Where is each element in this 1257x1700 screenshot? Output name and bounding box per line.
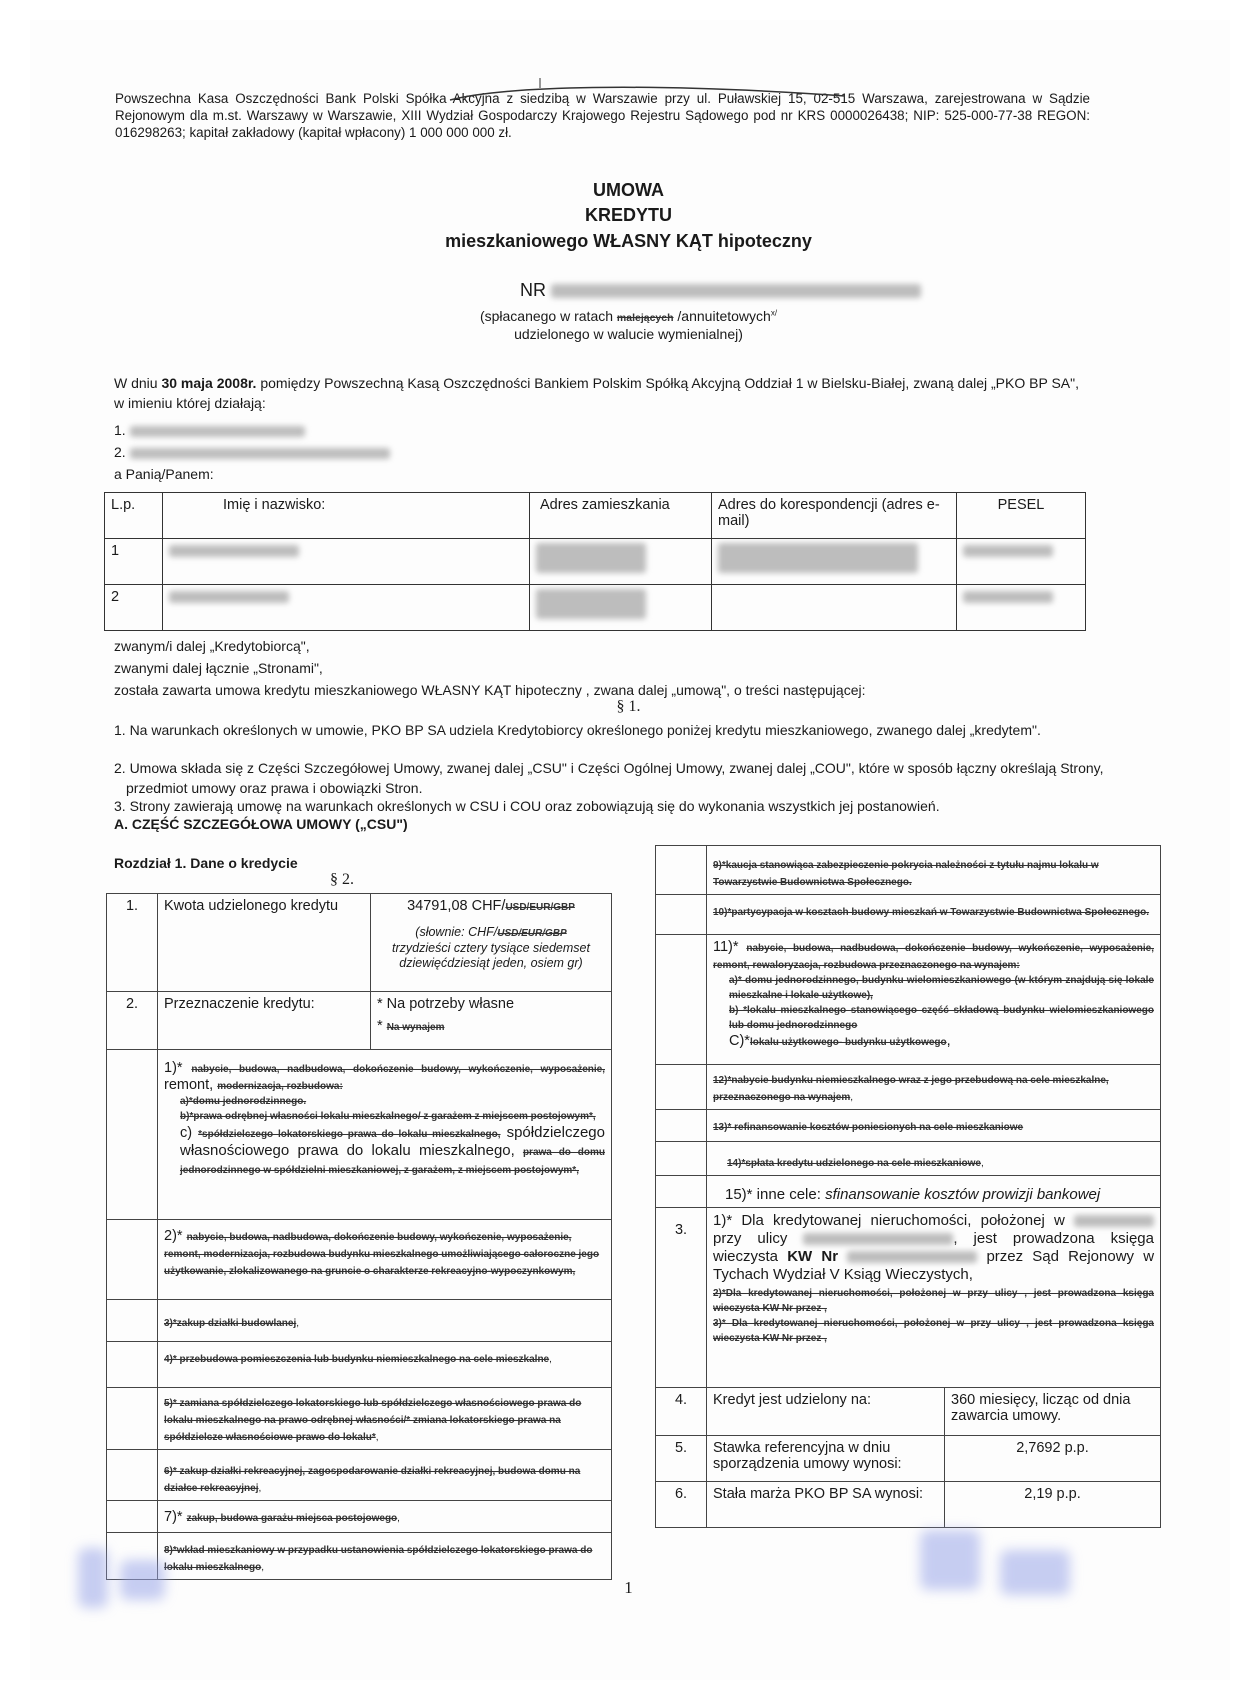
purpose-item-15: 15)* inne cele: sfinansowanie kosztów pr… [656,1176,1161,1208]
chapter-heading: Rozdział 1. Dane o kredycie [114,853,298,873]
doc-title-line2: KREDYTU [0,205,1257,226]
redacted-pesel [963,591,1053,603]
doc-title-line1: UMOWA [0,180,1257,201]
credit-amount-value: 34791,08 CHF/USD/EUR/GBP [377,898,605,915]
intro-paragraph: W dniu 30 maja 2008r. pomiędzy Powszechn… [114,373,1084,413]
table-header-row: L.p. Imię i nazwisko: Adres zamieszkania… [105,493,1086,539]
redacted-name [130,448,390,459]
other-purpose-value: sfinansowanie kosztów prowizji bankowej [825,1186,1100,1203]
handwritten-strike-mark [445,78,865,108]
page-number: 1 [0,1578,1257,1598]
purpose-item-6: 6)* zakup działki rekreacyjnej, zagospod… [107,1450,612,1501]
borrower-definition: zwanym/i dalej „Kredytobiorcą", [114,636,310,656]
redacted-number [551,284,921,298]
redacted-pesel [963,545,1053,557]
redacted-address [718,543,918,573]
credit-amount-words: (słownie: CHF/USD/EUR/GBP trzydzieści cz… [377,925,605,971]
repayment-type: (spłacanego w ratach malejących /annuite… [0,308,1257,324]
parties-definition: zwanymi dalej łącznie „Stronami", [114,658,323,678]
credit-details-table-left: 1. Kwota udzielonego kredytu 34791,08 CH… [106,893,612,1580]
doc-title-line3: mieszkaniowego WŁASNY KĄT hipoteczny [0,231,1257,252]
redacted-address [536,543,646,573]
reference-rate-row: 5. Stawka referencyjna w dniu sporządzen… [656,1436,1161,1482]
borrower-intro: a Panią/Panem: [114,464,214,484]
purpose-item-9: 9)*kaucja stanowiąca zabezpieczenie pokr… [656,846,1161,895]
nr-label: NR [520,280,546,300]
table-row: 1 [105,539,1086,585]
redacted-name [130,426,305,437]
margin-row: 6. Stała marża PKO BP SA wynosi: 2,19 p.… [656,1482,1161,1528]
section1-point2: 2. Umowa składa się z Części Szczegółowe… [114,758,1111,798]
purpose-item-1: 1)* nabycie, budowa, nadbudowa, dokończe… [107,1050,612,1220]
redacted-kw-number [847,1251,977,1263]
reference-rate-value: 2,7692 p.p. [945,1436,1161,1482]
purpose-item-12: 12)*nabycie budynku niemieszkalnego wraz… [656,1065,1161,1110]
table-row: 2 [105,585,1086,631]
section1-point3: 3. Strony zawierają umowę na warunkach o… [114,796,1104,816]
purpose-item-11: 11)* nabycie, budowa, nadbudowa, dokończ… [656,935,1161,1065]
land-register-row: 3. 1)* Dla kredytowanej nieruchomości, p… [656,1208,1161,1388]
credit-period-value: 360 miesięcy, licząc od dnia zawarcia um… [945,1388,1161,1436]
section-mark-1: § 1. [0,698,1257,716]
purpose-own-needs: * Na potrzeby własne [377,996,605,1012]
purpose-item-14: 14)*spłata kredytu udzielonego na cele m… [656,1142,1161,1176]
section1-point1: 1. Na warunkach określonych w umowie, PK… [114,720,1115,740]
purpose-item-7: 7)* zakup, budowa garażu miejsca postojo… [107,1501,612,1533]
margin-value: 2,19 p.p. [945,1482,1161,1528]
purpose-item-10: 10)*partycypacja w kosztach budowy miesz… [656,895,1161,935]
contract-number: NR [520,280,921,301]
representative-2: 2. [114,442,390,462]
purpose-item-13: 13)* refinansowanie kosztów poniesionych… [656,1110,1161,1142]
struck-option: malejących [617,312,674,324]
purpose-item-5: 5)* zamiana spółdzielczego lokatorskiego… [107,1388,612,1450]
contract-statement: została zawarta umowa kredytu mieszkanio… [114,680,1084,700]
redacted-name [169,591,289,603]
redacted-address [536,589,646,619]
credit-amount-row: 1. Kwota udzielonego kredytu 34791,08 CH… [107,894,612,992]
redacted-street [803,1233,953,1245]
purpose-item-3: 3)*zakup działki budowlanej, [107,1300,612,1342]
redacted-city [1074,1215,1154,1227]
purpose-item-4: 4)* przebudowa pomieszczenia lub budynku… [107,1342,612,1388]
credit-purpose-row: 2. Przeznaczenie kredytu: * Na potrzeby … [107,992,612,1050]
section-mark-2: § 2. [330,871,354,889]
representative-1: 1. [114,420,305,440]
currency-note: udzielonego w walucie wymienialnej) [0,326,1257,342]
credit-amount-label: Kwota udzielonego kredytu [158,894,371,992]
contract-date: 30 maja 2008r. [161,375,256,391]
part-a-heading: A. CZĘŚĆ SZCZEGÓŁOWA UMOWY („CSU") [114,814,408,834]
borrowers-table: L.p. Imię i nazwisko: Adres zamieszkania… [104,492,1086,631]
redacted-name [169,545,299,557]
credit-period-row: 4. Kredyt jest udzielony na: 360 miesięc… [656,1388,1161,1436]
purpose-item-2: 2)* nabycie, budowa, nadbudowa, dokończe… [107,1220,612,1300]
credit-details-table-right: 9)*kaucja stanowiąca zabezpieczenie pokr… [655,845,1161,1528]
purpose-item-8: 8)*wkład mieszkaniowy w przypadku ustano… [107,1533,612,1580]
